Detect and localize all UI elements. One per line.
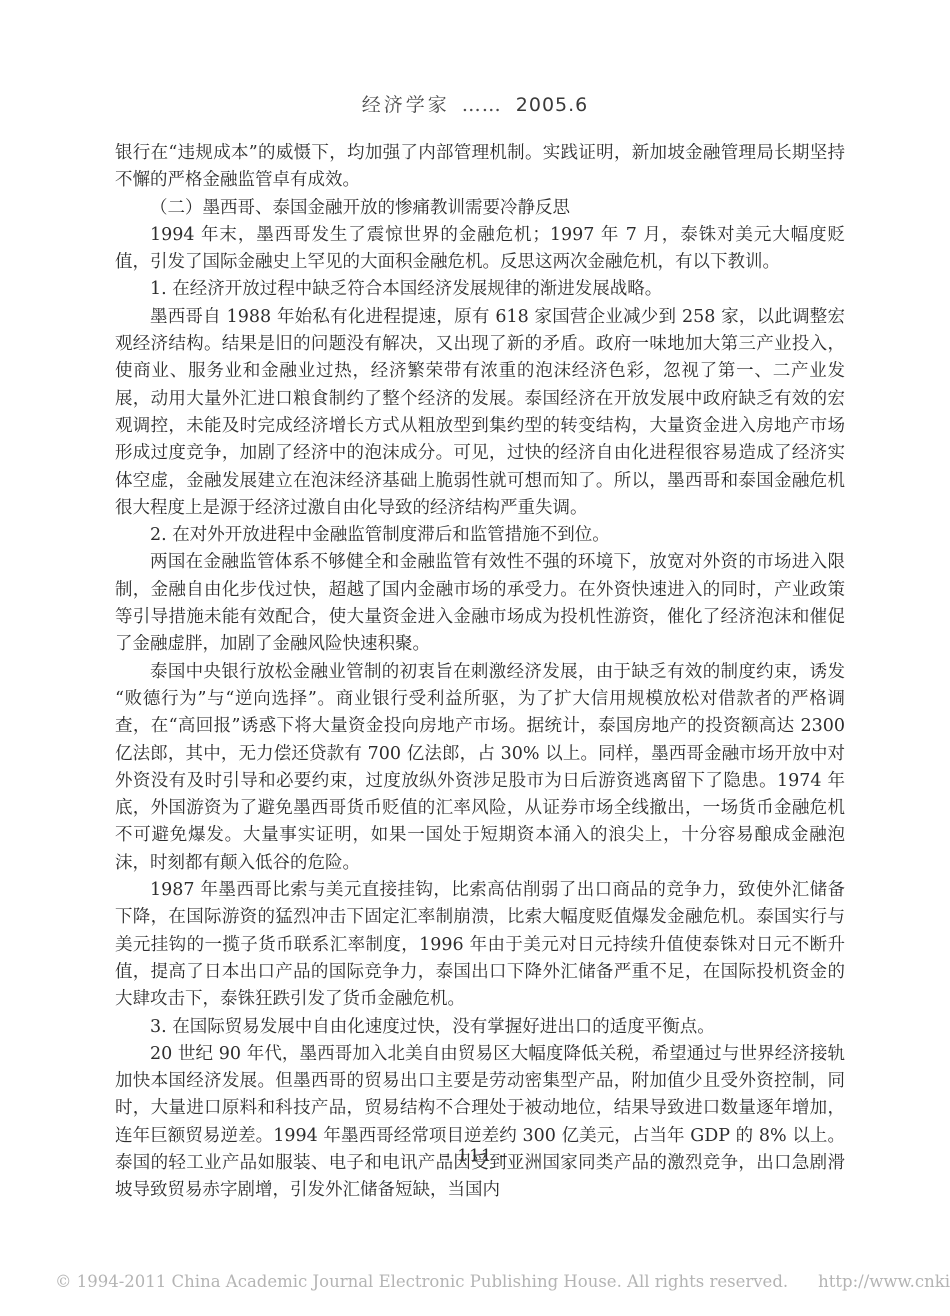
cnki-url: http://www.cnki.net xyxy=(818,1272,950,1291)
journal-issue: 2005.6 xyxy=(516,94,588,116)
numbered-point-heading: 3. 在国际贸易发展中自由化速度过快，没有掌握好进出口的适度平衡点。 xyxy=(115,1014,845,1041)
journal-title: 经济学家 xyxy=(362,94,450,116)
article-body: 银行在“违规成本”的威慑下，均加强了内部管理机制。实践证明，新加坡金融管理局长期… xyxy=(115,140,845,1205)
page-number: – 111 – xyxy=(0,1146,950,1166)
paragraph: 20 世纪 90 年代，墨西哥加入北美自由贸易区大幅度降低关税，希望通过与世界经… xyxy=(115,1041,845,1205)
numbered-point-heading: 2. 在对外开放进程中金融监管制度滞后和监管措施不到位。 xyxy=(115,522,845,549)
header-separator-dots: …… xyxy=(462,94,502,116)
paragraph: 墨西哥自 1988 年始私有化进程提速，原有 618 家国营企业减少到 258 … xyxy=(115,304,845,522)
paragraph: 泰国中央银行放松金融业管制的初衷旨在刺激经济发展，由于缺乏有效的制度约束，诱发“… xyxy=(115,659,845,877)
scanned-paper-page: 经济学家……2005.6 银行在“违规成本”的威慑下，均加强了内部管理机制。实践… xyxy=(0,0,950,1316)
journal-header: 经济学家……2005.6 xyxy=(0,90,950,117)
section-heading: （二）墨西哥、泰国金融开放的惨痛教训需要冷静反思 xyxy=(115,195,845,222)
scan-footer: © 1994-2011 China Academic Journal Elect… xyxy=(55,1272,915,1291)
numbered-point-heading: 1. 在经济开放过程中缺乏符合本国经济发展规律的渐进发展战略。 xyxy=(115,276,845,303)
paragraph-continuation: 银行在“违规成本”的威慑下，均加强了内部管理机制。实践证明，新加坡金融管理局长期… xyxy=(115,140,845,195)
paragraph: 两国在金融监管体系不够健全和金融监管有效性不强的环境下，放宽对外资的市场进入限制… xyxy=(115,549,845,658)
paragraph: 1994 年末，墨西哥发生了震惊世界的金融危机；1997 年 7 月，泰铢对美元… xyxy=(115,222,845,277)
paragraph: 1987 年墨西哥比索与美元直接挂钩，比索高估削弱了出口商品的竞争力，致使外汇储… xyxy=(115,877,845,1013)
copyright-notice: © 1994-2011 China Academic Journal Elect… xyxy=(55,1272,788,1291)
